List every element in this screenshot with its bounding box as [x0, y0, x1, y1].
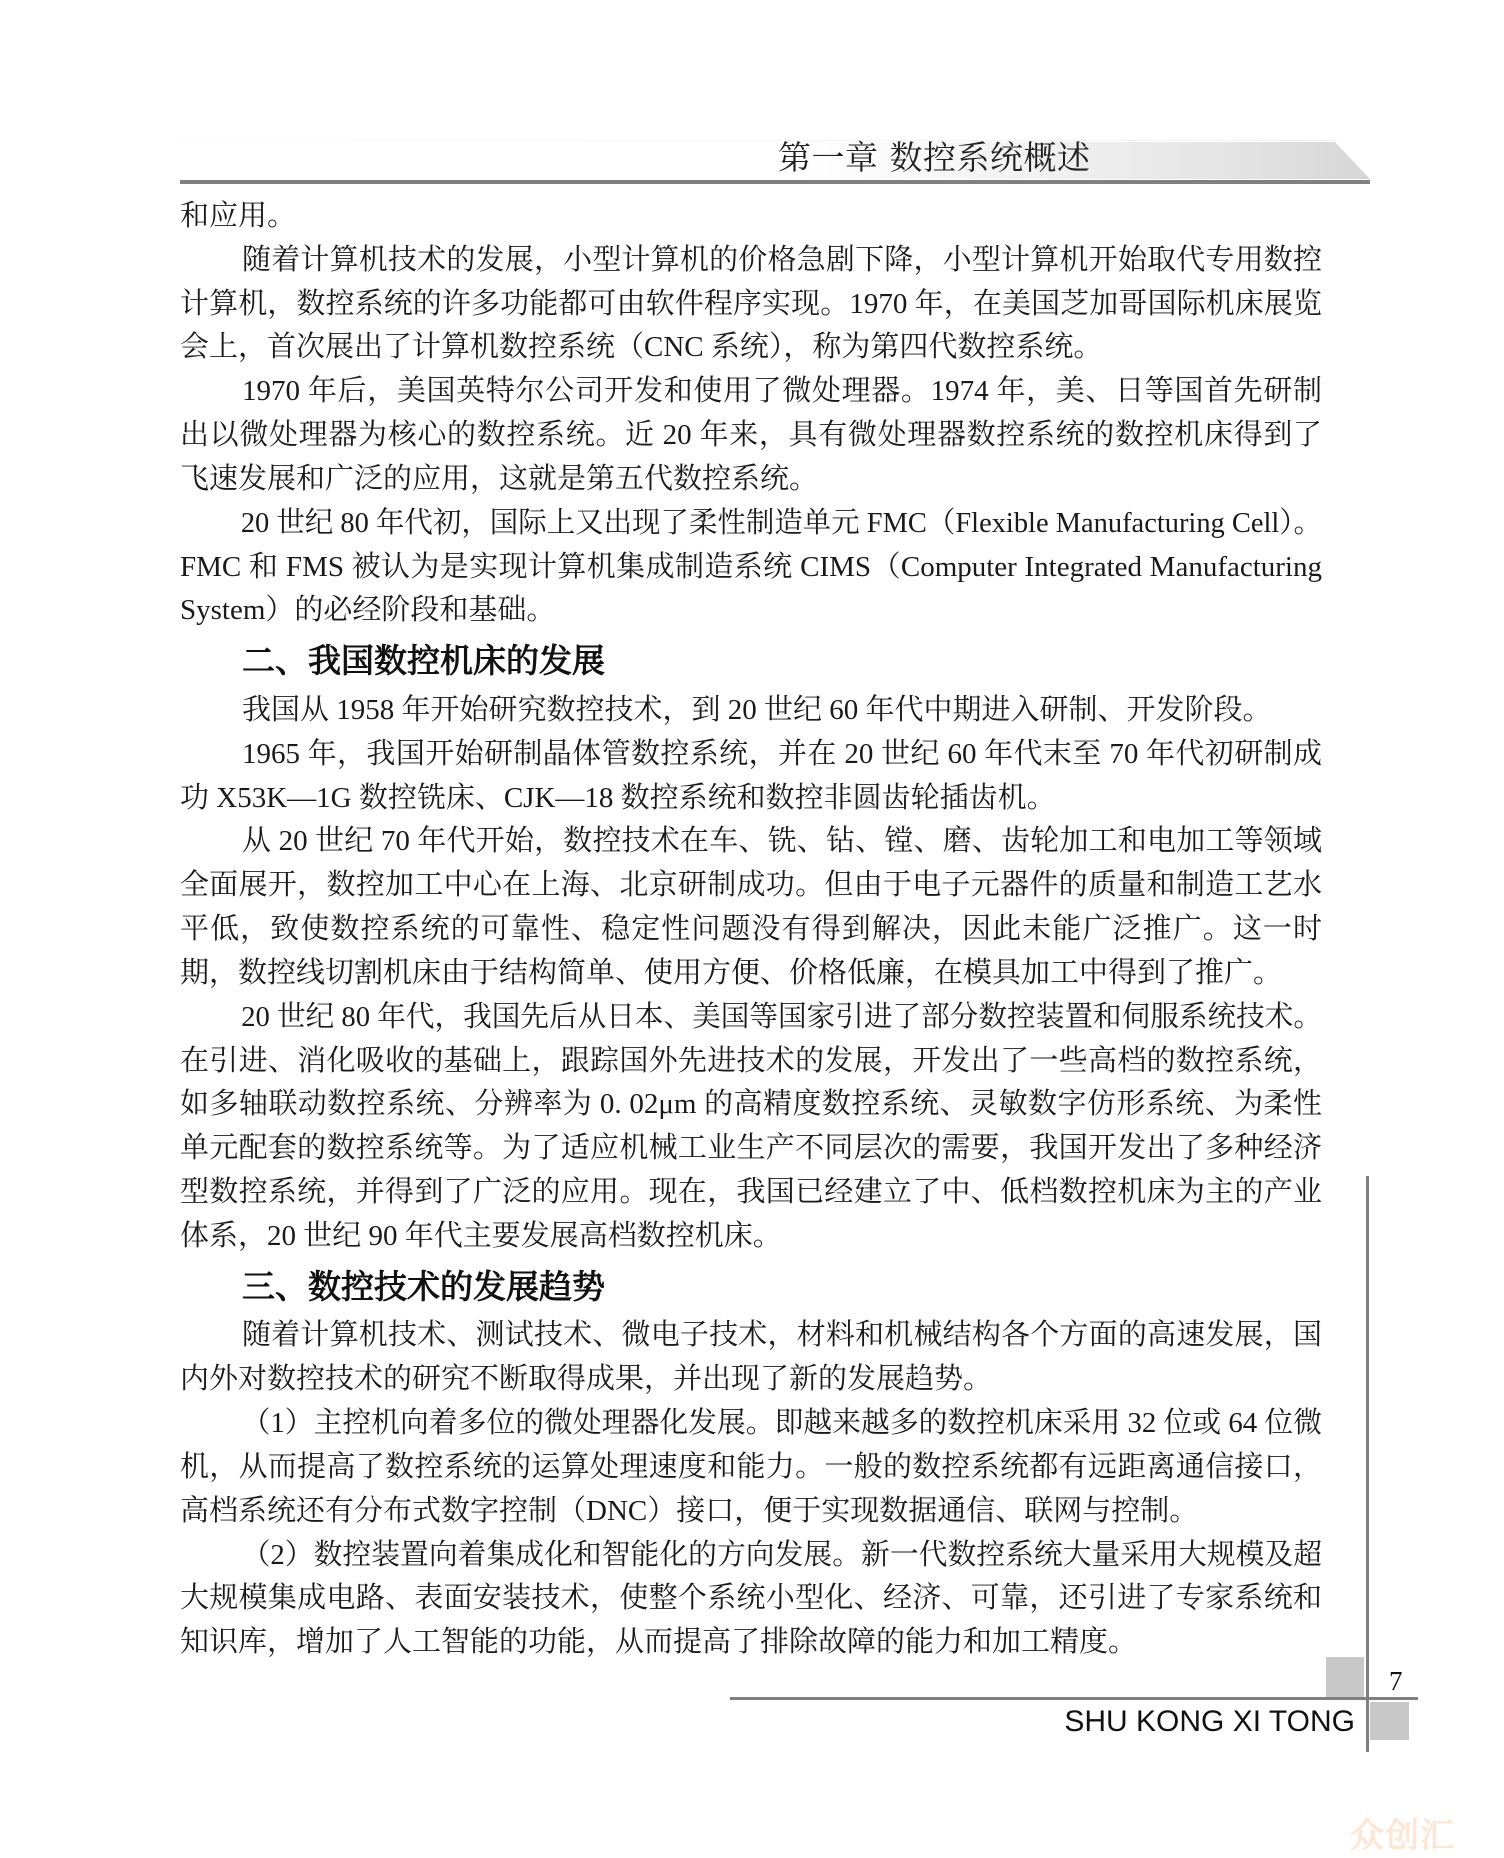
paragraph: 随着计算机技术、测试技术、微电子技术，材料和机械结构各个方面的高速发展，国 内外… [180, 1314, 1322, 1402]
text-line: 随着计算机技术、测试技术、微电子技术，材料和机械结构各个方面的高速发展，国 [180, 1314, 1322, 1358]
paragraph: 我国从 1958 年开始研究数控技术，到 20 世纪 60 年代中期进入研制、开… [180, 689, 1322, 733]
paragraph: 从 20 世纪 70 年代开始，数控技术在车、铣、钻、镗、磨、齿轮加工和电加工等… [180, 820, 1322, 995]
section-domestic-development: 二、我国数控机床的发展 我国从 1958 年开始研究数控技术，到 20 世纪 6… [180, 633, 1322, 1258]
text-line: System）的必经阶段和基础。 [180, 589, 1322, 633]
section-heading: 三、数控技术的发展趋势 [180, 1259, 1322, 1315]
book-title-footer: SHU KONG XI TONG [1064, 1705, 1355, 1739]
text-line: 内外对数控技术的研究不断取得成果，并出现了新的发展趋势。 [180, 1358, 1322, 1402]
header-rule [180, 180, 1370, 184]
text-line: 平低，致使数控系统的可靠性、稳定性问题没有得到解决，因此未能广泛推广。这一时 [180, 908, 1322, 952]
text-line: 20 世纪 80 年代初，国际上又出现了柔性制造单元 FMC（Flexible … [180, 502, 1322, 546]
section-continued: 和应用。 随着计算机技术的发展，小型计算机的价格急剧下降，小型计算机开始取代专用… [180, 195, 1322, 633]
text-line: 随着计算机技术的发展，小型计算机的价格急剧下降，小型计算机开始取代专用数控 [180, 239, 1322, 283]
text-line: 高档系统还有分布式数字控制（DNC）接口，便于实现数据通信、联网与控制。 [180, 1490, 1322, 1534]
paragraph: 20 世纪 80 年代，我国先后从日本、美国等国家引进了部分数控装置和伺服系统技… [180, 996, 1322, 1259]
header-gradient-band [180, 142, 1370, 179]
paragraph: 1970 年后，美国英特尔公司开发和使用了微处理器。1974 年，美、日等国首先… [180, 370, 1322, 501]
footer-horizontal-rule [730, 1697, 1418, 1700]
page-body: 和应用。 随着计算机技术的发展，小型计算机的价格急剧下降，小型计算机开始取代专用… [180, 195, 1322, 1665]
text-line: 大规模集成电路、表面安装技术，使整个系统小型化、经济、可靠，还引进了专家系统和 [180, 1577, 1322, 1621]
text-line: 和应用。 [180, 195, 1322, 239]
paragraph: 随着计算机技术的发展，小型计算机的价格急剧下降，小型计算机开始取代专用数控 计算… [180, 239, 1322, 370]
section-development-trends: 三、数控技术的发展趋势 随着计算机技术、测试技术、微电子技术，材料和机械结构各个… [180, 1259, 1322, 1665]
text-line: 在引进、消化吸收的基础上，跟踪国外先进技术的发展，开发出了一些高档的数控系统， [180, 1040, 1322, 1084]
text-line: 功 X53K—1G 数控铣床、CJK—18 数控系统和数控非圆齿轮插齿机。 [180, 777, 1322, 821]
section-heading: 二、我国数控机床的发展 [180, 633, 1322, 689]
text-line: 出以微处理器为核心的数控系统。近 20 年来，具有微处理器数控系统的数控机床得到… [180, 414, 1322, 458]
paragraph: 1965 年，我国开始研制晶体管数控系统，并在 20 世纪 60 年代末至 70… [180, 733, 1322, 821]
paragraph: 和应用。 [180, 195, 1322, 239]
text-line: 飞速发展和广泛的应用，这就是第五代数控系统。 [180, 458, 1322, 502]
text-line: 体系，20 世纪 90 年代主要发展高档数控机床。 [180, 1215, 1322, 1259]
watermark: 众创汇 [1350, 1816, 1455, 1856]
text-line: 单元配套的数控系统等。为了适应机械工业生产不同层次的需要，我国开发出了多种经济 [180, 1127, 1322, 1171]
header-band-edge [180, 140, 1335, 141]
footer-gray-block-upper [1326, 1657, 1364, 1697]
text-line: 机，从而提高了数控系统的运算处理速度和能力。一般的数控系统都有远距离通信接口， [180, 1446, 1322, 1490]
text-line: 从 20 世纪 70 年代开始，数控技术在车、铣、钻、镗、磨、齿轮加工和电加工等… [180, 820, 1322, 864]
text-line: 全面展开，数控加工中心在上海、北京研制成功。但由于电子元器件的质量和制造工艺水 [180, 864, 1322, 908]
text-line: 我国从 1958 年开始研究数控技术，到 20 世纪 60 年代中期进入研制、开… [180, 689, 1322, 733]
text-line: 知识库，增加了人工智能的功能，从而提高了排除故障的能力和加工精度。 [180, 1621, 1322, 1665]
text-line: 期，数控线切割机床由于结构简单、使用方便、价格低廉，在模具加工中得到了推广。 [180, 952, 1322, 996]
text-line: （2）数控装置向着集成化和智能化的方向发展。新一代数控系统大量采用大规模及超 [180, 1534, 1322, 1578]
text-line: 1970 年后，美国英特尔公司开发和使用了微处理器。1974 年，美、日等国首先… [180, 370, 1322, 414]
text-line: 20 世纪 80 年代，我国先后从日本、美国等国家引进了部分数控装置和伺服系统技… [180, 996, 1322, 1040]
text-line: 计算机，数控系统的许多功能都可由软件程序实现。1970 年，在美国芝加哥国际机床… [180, 283, 1322, 327]
text-line: 会上，首次展出了计算机数控系统（CNC 系统），称为第四代数控系统。 [180, 326, 1322, 370]
text-line: 型数控系统，并得到了广泛的应用。现在，我国已经建立了中、低档数控机床为主的产业 [180, 1171, 1322, 1215]
page-number: 7 [1389, 1666, 1403, 1696]
text-line: （1）主控机向着多位的微处理器化发展。即越来越多的数控机床采用 32 位或 64… [180, 1402, 1322, 1446]
text-line: 1965 年，我国开始研制晶体管数控系统，并在 20 世纪 60 年代末至 70… [180, 733, 1322, 777]
footer-gray-block-lower [1370, 1702, 1409, 1740]
paragraph: （2）数控装置向着集成化和智能化的方向发展。新一代数控系统大量采用大规模及超 大… [180, 1534, 1322, 1665]
paragraph: 20 世纪 80 年代初，国际上又出现了柔性制造单元 FMC（Flexible … [180, 502, 1322, 633]
chapter-title: 第一章 数控系统概述 [778, 138, 1091, 178]
footer-vertical-rule [1366, 1176, 1369, 1752]
text-line: 如多轴联动数控系统、分辨率为 0. 02μm 的高精度数控系统、灵敏数字仿形系统… [180, 1083, 1322, 1127]
paragraph: （1）主控机向着多位的微处理器化发展。即越来越多的数控机床采用 32 位或 64… [180, 1402, 1322, 1533]
text-line: FMC 和 FMS 被认为是实现计算机集成制造系统 CIMS（Computer … [180, 546, 1322, 590]
